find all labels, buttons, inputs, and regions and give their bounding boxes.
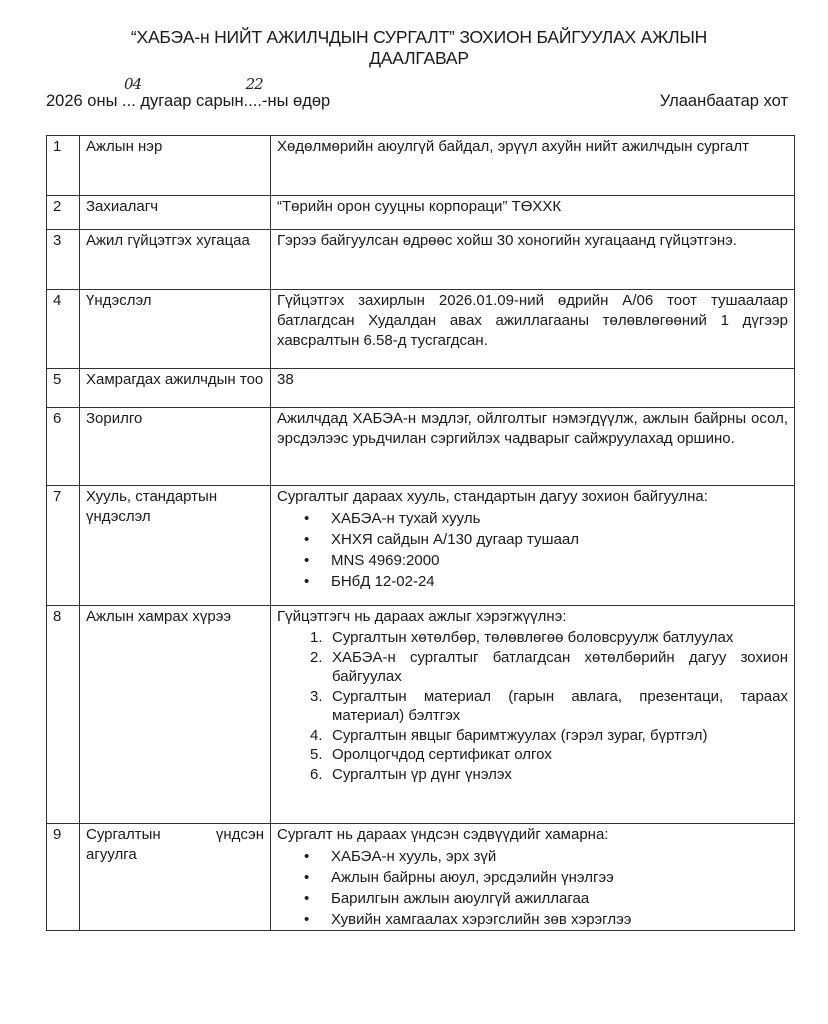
date-line: 2026 оны 04... дугаар сарын22....-ны өдө… bbox=[46, 92, 330, 111]
list-item: MNS 4969:2000 bbox=[331, 550, 788, 571]
list-item: 3.Сургалтын материал (гарын авлага, през… bbox=[332, 687, 788, 726]
content-topics-list: ХАБЭА-н хууль, эрх зүй Ажлын байрны аюул… bbox=[277, 846, 788, 930]
row-value: Сургалтыг дараах хууль, стандартын дагуу… bbox=[271, 486, 795, 606]
table-row: 9 Сургалтын үндсэн агуулга Сургалт нь да… bbox=[47, 824, 795, 931]
table-row: 4 Үндэслэл Гүйцэтгэх захирлын 2026.01.09… bbox=[47, 290, 795, 369]
document-title: “ХАБЭА-н НИЙТ АЖИЛЧДЫН СУРГАЛТ” ЗОХИОН Б… bbox=[60, 27, 778, 69]
row-number: 5 bbox=[47, 369, 80, 408]
row-label: Захиалагч bbox=[80, 196, 271, 230]
table-row: 7 Хууль, стандартын үндэслэл Сургалтыг д… bbox=[47, 486, 795, 606]
table-row: 1 Ажлын нэр Хөдөлмөрийн аюулгүй байдал, … bbox=[47, 136, 795, 196]
row-label: Ажлын нэр bbox=[80, 136, 271, 196]
row-number: 4 bbox=[47, 290, 80, 369]
row-number: 1 bbox=[47, 136, 80, 196]
row-number: 7 bbox=[47, 486, 80, 606]
list-item: Барилгын ажлын аюулгүй ажиллагаа bbox=[331, 888, 788, 909]
date-month-suffix: дугаар сарын bbox=[140, 92, 243, 110]
date-month-field: 04... bbox=[122, 92, 136, 110]
row-label: Хууль, стандартын үндэслэл bbox=[80, 486, 271, 606]
list-item: ХАБЭА-н хууль, эрх зүй bbox=[331, 846, 788, 867]
row-value: Гэрээ байгуулсан өдрөөс хойш 30 хоногийн… bbox=[271, 230, 795, 290]
list-item: 2.ХАБЭА-н сургалтыг батлагдсан хөтөлбөри… bbox=[332, 648, 788, 687]
row-value: 38 bbox=[271, 369, 795, 408]
list-item: 4.Сургалтын явцыг баримтжуулах (гэрэл зу… bbox=[332, 726, 788, 746]
list-item: ХАБЭА-н тухай хууль bbox=[331, 508, 788, 529]
row-value: Сургалт нь дараах үндсэн сэдвүүдийг хама… bbox=[271, 824, 795, 931]
handwritten-day: 22 bbox=[246, 75, 263, 93]
list-intro: Гүйцэтгэгч нь дараах ажлыг хэрэгжүүлнэ: bbox=[277, 607, 788, 627]
list-intro: Сургалт нь дараах үндсэн сэдвүүдийг хама… bbox=[277, 825, 788, 845]
city-label: Улаанбаатар хот bbox=[660, 92, 788, 111]
handwritten-month: 04 bbox=[124, 75, 141, 93]
list-item: Ажлын байрны аюул, эрсдэлийн үнэлгээ bbox=[331, 867, 788, 888]
row-label: Зорилго bbox=[80, 408, 271, 486]
row-number: 2 bbox=[47, 196, 80, 230]
standards-list: ХАБЭА-н тухай хууль ХНХЯ сайдын А/130 ду… bbox=[277, 508, 788, 592]
date-year: 2026 оны bbox=[46, 92, 117, 110]
row-label: Хамрагдах ажилчдын тоо bbox=[80, 369, 271, 408]
table-row: 2 Захиалагч “Төрийн орон сууцны корпорац… bbox=[47, 196, 795, 230]
assignment-table: 1 Ажлын нэр Хөдөлмөрийн аюулгүй байдал, … bbox=[46, 135, 795, 931]
table-row: 3 Ажил гүйцэтгэх хугацаа Гэрээ байгуулса… bbox=[47, 230, 795, 290]
row-number: 6 bbox=[47, 408, 80, 486]
list-item: 1.Сургалтын хөтөлбөр, төлөвлөгөө боловср… bbox=[332, 628, 788, 648]
row-value: Гүйцэтгэгч нь дараах ажлыг хэрэгжүүлнэ: … bbox=[271, 606, 795, 824]
row-number: 8 bbox=[47, 606, 80, 824]
row-number: 3 bbox=[47, 230, 80, 290]
row-label: Ажил гүйцэтгэх хугацаа bbox=[80, 230, 271, 290]
row-number: 9 bbox=[47, 824, 80, 931]
list-item: Хувийн хамгаалах хэрэгслийн зөв хэрэглээ bbox=[331, 909, 788, 930]
table-row: 6 Зорилго Ажилчдад ХАБЭА-н мэдлэг, ойлго… bbox=[47, 408, 795, 486]
row-label: Үндэслэл bbox=[80, 290, 271, 369]
row-label: Ажлын хамрах хүрээ bbox=[80, 606, 271, 824]
date-day-field: 22.... bbox=[244, 92, 262, 110]
row-value: Ажилчдад ХАБЭА-н мэдлэг, ойлголтыг нэмэг… bbox=[271, 408, 795, 486]
list-item: 6.Сургалтын үр дүнг үнэлэх bbox=[332, 765, 788, 785]
list-item: ХНХЯ сайдын А/130 дугаар тушаал bbox=[331, 529, 788, 550]
row-value: Гүйцэтгэх захирлын 2026.01.09-ний өдрийн… bbox=[271, 290, 795, 369]
scope-list: 1.Сургалтын хөтөлбөр, төлөвлөгөө боловср… bbox=[277, 628, 788, 784]
title-line-1: “ХАБЭА-н НИЙТ АЖИЛЧДЫН СУРГАЛТ” ЗОХИОН Б… bbox=[60, 27, 778, 48]
title-line-2: ДААЛГАВАР bbox=[60, 48, 778, 69]
table-row: 5 Хамрагдах ажилчдын тоо 38 bbox=[47, 369, 795, 408]
date-day-suffix: -ны өдөр bbox=[262, 92, 330, 110]
row-value: Хөдөлмөрийн аюулгүй байдал, эрүүл ахуйн … bbox=[271, 136, 795, 196]
list-intro: Сургалтыг дараах хууль, стандартын дагуу… bbox=[277, 487, 788, 507]
table-row: 8 Ажлын хамрах хүрээ Гүйцэтгэгч нь дараа… bbox=[47, 606, 795, 824]
row-label: Сургалтын үндсэн агуулга bbox=[80, 824, 271, 931]
list-item: 5.Оролцогчдод сертификат олгох bbox=[332, 745, 788, 765]
row-value: “Төрийн орон сууцны корпораци” ТӨХХК bbox=[271, 196, 795, 230]
list-item: БНбД 12-02-24 bbox=[331, 571, 788, 592]
